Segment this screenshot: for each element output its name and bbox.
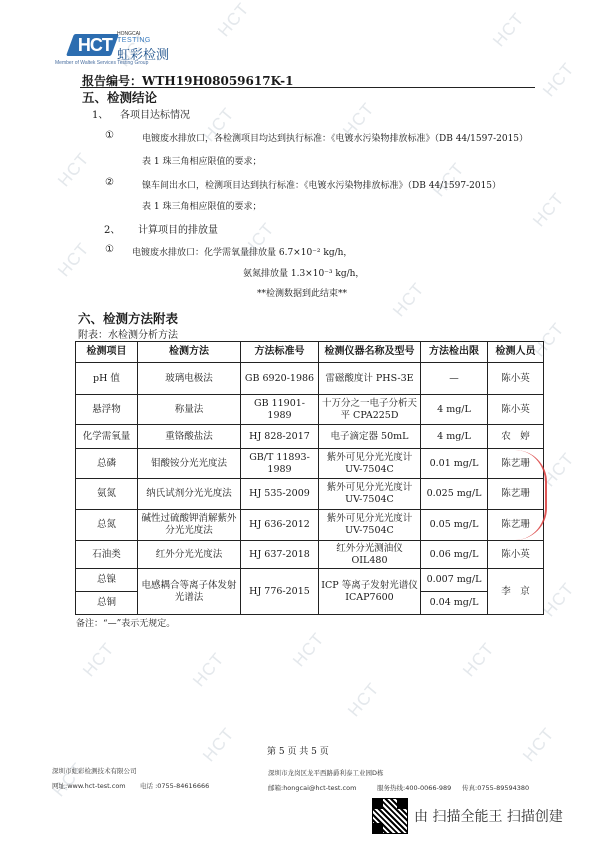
point-text: 氨氮排放量 1.3×10⁻³ kg/h， [243,266,364,279]
cell-item: 悬浮物 [76,395,138,425]
table-row: 化学需氧量 重铬酸盐法 HJ 828-2017 电子滴定器 50mL 4 mg/… [76,425,544,449]
footer-email[interactable]: 邮箱:hongcai@hct-test.com [268,783,356,792]
cell-standard: HJ 636-2012 [241,510,319,541]
item1-number: 1、 [92,106,108,121]
table-row: 总磷 钼酸铵分光光度法 GB/T 11893-1989 紫外可见分光光度计 UV… [76,449,544,479]
cell-instrument: 电子滴定器 50mL [319,425,421,449]
cell-standard: GB 6920-1986 [241,363,319,395]
cell-limit: 0.025 mg/L [421,479,488,510]
watermark: HCT [539,579,579,621]
cell-limit: 4 mg/L [421,425,488,449]
header-person: 检测人员 [488,342,544,363]
page-indicator: 第 5 页 共 5 页 [267,744,329,757]
watermark: HCT [54,239,94,281]
watermark: HCT [529,189,569,231]
watermark: HCT [79,639,119,681]
watermark: HCT [539,59,579,101]
cell-item: 总磷 [76,449,138,479]
table-row: 悬浮物 称量法 GB 11901-1989 十万分之一电子分析天平 CPA225… [76,395,544,425]
watermark: HCT [389,279,429,321]
cell-method: 钼酸铵分光光度法 [138,449,241,479]
hct-logo-mark: HCT [66,34,119,56]
table-row: 总氮 碱性过硫酸钾消解紫外分光光度法 HJ 636-2012 紫外可见分光光度计… [76,510,544,541]
cell-person: 李 京 [488,569,544,615]
cell-method: 纳氏试剂分光光度法 [138,479,241,510]
cell-item: 总镍 [76,569,138,592]
cell-person: 陈小英 [488,363,544,395]
cell-item: 石油类 [76,541,138,569]
scanner-badge-text: 由 扫描全能王 扫描创建 [414,806,563,826]
company-logo: HCT HONGCAI TESTING 虹彩检测 Member of Walte… [60,20,170,68]
footer-phone: 电话 :0755-84616666 [140,781,209,790]
point-text: 电镀废水排放口：化学需氧量排放量 6.7×10⁻² kg/h， [132,245,352,258]
cell-method: 重铬酸盐法 [138,425,241,449]
table-row: pH 值 玻璃电极法 GB 6920-1986 雷磁酸度计 PHS-3E — 陈… [76,363,544,395]
header-standard: 方法标准号 [241,342,319,363]
footer-company: 深圳市虹彩检测技术有限公司 [52,766,137,775]
qr-code-icon [372,798,408,834]
section5-title: 五、检测结论 [82,88,157,106]
cell-standard: GB 11901-1989 [241,395,319,425]
cell-limit: 0.06 mg/L [421,541,488,569]
cell-person: 陈小英 [488,395,544,425]
cell-limit: 4 mg/L [421,395,488,425]
cell-item: 氨氮 [76,479,138,510]
watermark: HCT [199,724,239,766]
footer-website[interactable]: 网址:www.hct-test.com [52,781,126,790]
cell-standard: HJ 776-2015 [241,569,319,615]
cell-item: pH 值 [76,363,138,395]
end-note: **检测数据到此结束** [257,286,347,299]
cell-instrument: ICP 等离子发射光谱仪 ICAP7600 [319,569,421,615]
logo-tagline: Member of Waltek Services Testing Group [55,60,148,66]
watermark: HCT [54,149,94,191]
cell-item: 总氮 [76,510,138,541]
cell-method: 称量法 [138,395,241,425]
cell-item: 总铜 [76,592,138,615]
watermark: HCT [344,679,384,721]
point-marker: ② [105,177,114,188]
cell-instrument: 十万分之一电子分析天平 CPA225D [319,395,421,425]
cell-instrument: 紫外可见分光光度计 UV-7504C [319,479,421,510]
point-text: 表 1 珠三角相应限值的要求； [142,154,261,167]
item1-label: 各项目达标情况 [120,106,190,121]
logo-line2: TESTING [117,37,151,44]
cell-method: 电感耦合等离子体发射光谱法 [138,569,241,615]
table-header-row: 检测项目 检测方法 方法标准号 检测仪器名称及型号 方法检出限 检测人员 [76,342,544,363]
cell-standard: HJ 637-2018 [241,541,319,569]
header-item: 检测项目 [76,342,138,363]
cell-standard: HJ 535-2009 [241,479,319,510]
watermark: HCT [459,639,499,681]
watermark: HCT [214,0,254,41]
table-row: 石油类 红外分光光度法 HJ 637-2018 红外分光测油仪 OIL480 0… [76,541,544,569]
cell-instrument: 紫外可见分光光度计 UV-7504C [319,510,421,541]
cell-person: 农 婷 [488,425,544,449]
cell-standard: HJ 828-2017 [241,425,319,449]
cell-method: 玻璃电极法 [138,363,241,395]
header-instrument: 检测仪器名称及型号 [319,342,421,363]
watermark: HCT [189,649,229,691]
cell-limit: — [421,363,488,395]
cell-instrument: 红外分光测油仪 OIL480 [319,541,421,569]
footer-hotline: 服务热线:400-0066-989 [377,783,451,792]
cell-limit: 0.007 mg/L [421,569,488,592]
point-text: 表 1 珠三角相应限值的要求； [142,199,261,212]
point-marker: ① [105,130,114,141]
point-marker: ① [105,244,114,255]
cell-instrument: 紫外可见分光光度计 UV-7504C [319,449,421,479]
table-row: 氨氮 纳氏试剂分光光度法 HJ 535-2009 紫外可见分光光度计 UV-75… [76,479,544,510]
watermark: HCT [519,724,559,766]
cell-limit: 0.04 mg/L [421,592,488,615]
footer-fax: 传真:0755-89594380 [462,783,529,792]
table-caption: 附表：水检测分析方法 [78,326,178,341]
item2-label: 计算项目的排放量 [138,221,218,236]
watermark: HCT [489,9,529,51]
cell-instrument: 雷磁酸度计 PHS-3E [319,363,421,395]
footer-address: 深圳市龙岗区龙平西路爵利泰工业园D栋 [268,768,384,777]
header-limit: 方法检出限 [421,342,488,363]
cell-limit: 0.05 mg/L [421,510,488,541]
methods-table: 检测项目 检测方法 方法标准号 检测仪器名称及型号 方法检出限 检测人员 pH … [75,341,544,615]
item2-number: 2、 [104,221,120,236]
watermark: HCT [289,629,329,671]
point-text: 镍车间出水口，检测项目达到执行标准：《电镀水污染物排放标准》（DB 44/159… [142,178,501,191]
cell-method: 碱性过硫酸钾消解紫外分光光度法 [138,510,241,541]
table-row: 总镍 电感耦合等离子体发射光谱法 HJ 776-2015 ICP 等离子发射光谱… [76,569,544,592]
header-method: 检测方法 [138,342,241,363]
cell-item: 化学需氧量 [76,425,138,449]
table-remark: 备注：“—”表示无规定。 [76,616,175,629]
cell-limit: 0.01 mg/L [421,449,488,479]
cell-standard: GB/T 11893-1989 [241,449,319,479]
cell-method: 红外分光光度法 [138,541,241,569]
section6-title: 六、检测方法附表 [78,309,178,327]
point-text: 电镀废水排放口，各检测项目均达到执行标准：《电镀水污染物排放标准》（DB 44/… [142,131,528,144]
cell-person: 陈小英 [488,541,544,569]
